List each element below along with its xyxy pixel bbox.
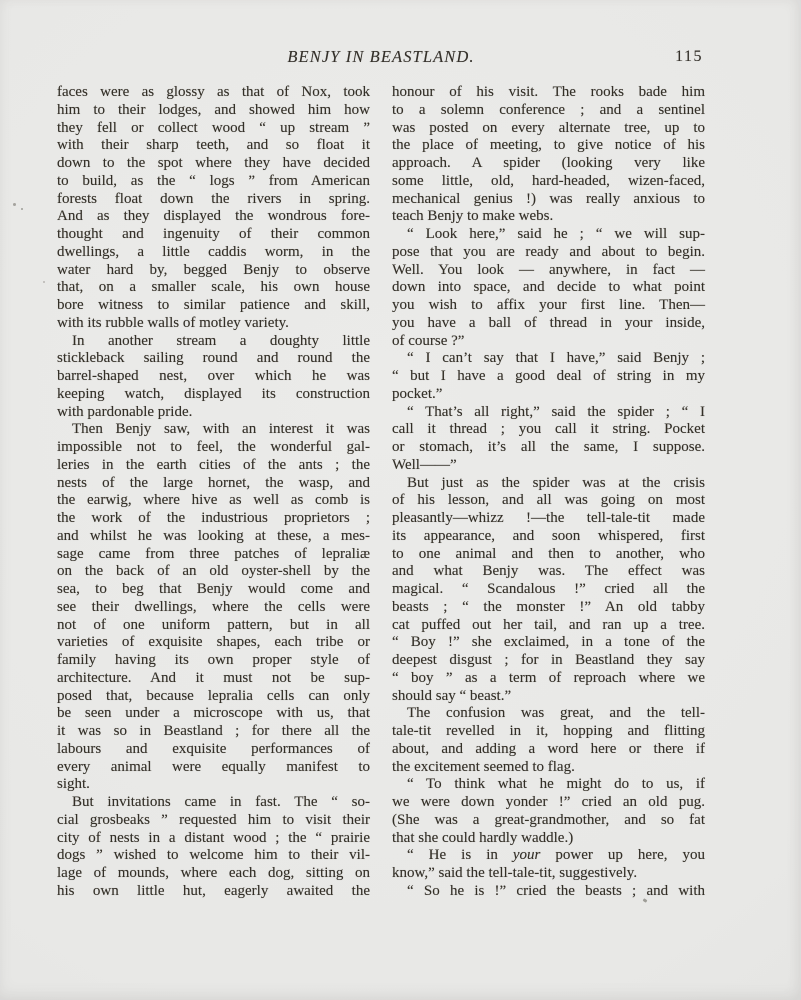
- text-line: down to the spot where they have decided: [57, 155, 370, 173]
- text-line: “ That’s all right,” said the spider ; “…: [392, 404, 705, 422]
- text-line: the excitement seemed to flag.: [392, 759, 705, 777]
- paragraph: “ Look here,” said he ; “ we will sup-po…: [392, 226, 705, 350]
- text-line: his own little hut, eagerly awaited the: [57, 883, 370, 901]
- text-line: And as they displayed the wondrous fore-: [57, 208, 370, 226]
- text-line: (She was a great-grandmother, and so fat: [392, 812, 705, 830]
- text-line: barrel-shaped nest, over which he was: [57, 368, 370, 386]
- ink-speck: [13, 203, 16, 206]
- text-line: beasts ; “ the monster !” An old tabby: [392, 599, 705, 617]
- text-block: faces were as glossy as that of Nox, too…: [57, 84, 705, 901]
- paragraph: faces were as glossy as that of Nox, too…: [57, 84, 370, 333]
- text-line: to build, as the “ logs ” from American: [57, 173, 370, 191]
- text-line: know,” said the tell-tale-tit, suggestiv…: [392, 865, 705, 883]
- text-line: on the back of an old oyster-shell by th…: [57, 563, 370, 581]
- text-line: “ but I have a good deal of string in my: [392, 368, 705, 386]
- text-line: honour of his visit. The rooks bade him: [392, 84, 705, 102]
- text-line: of his lesson, and all was going on most: [392, 492, 705, 510]
- text-line: should say “ beast.”: [392, 688, 705, 706]
- text-line: dwellings, a little caddis worm, in the: [57, 244, 370, 262]
- text-line: “ boy ” as a term of reproach where we: [392, 670, 705, 688]
- text-line: we were down yonder !” cried an old pug.: [392, 794, 705, 812]
- text-line: labours and exquisite performances of: [57, 741, 370, 759]
- left-column: faces were as glossy as that of Nox, too…: [57, 84, 370, 901]
- text-line: But invitations came in fast. The “ so-: [57, 794, 370, 812]
- text-line: you have a ball of thread in your inside…: [392, 315, 705, 333]
- paragraph: But just as the spider was at the crisis…: [392, 475, 705, 706]
- text-line: about, and adding a word here or there i…: [392, 741, 705, 759]
- text-line: sight.: [57, 776, 370, 794]
- running-head: BENJY IN BEASTLAND. 115: [57, 47, 705, 69]
- text-line: pocket.”: [392, 386, 705, 404]
- text-line: magical. “ Scandalous !” cried all the: [392, 581, 705, 599]
- paragraph: Then Benjy saw, with an interest it wasi…: [57, 421, 370, 794]
- text-line: him to their lodges, and showed him how: [57, 102, 370, 120]
- book-page: BENJY IN BEASTLAND. 115 faces were as gl…: [0, 0, 801, 1000]
- text-line: keeping watch, displayed its constructio…: [57, 386, 370, 404]
- text-line: that she could hardly waddle.): [392, 830, 705, 848]
- text-line: “ So he is !” cried the beasts ; and wit…: [392, 883, 705, 901]
- text-line: to one animal and then to another, who: [392, 546, 705, 564]
- text-line: and what Benjy was. The effect was: [392, 563, 705, 581]
- text-line: cat puffed out her tail, and ran up a tr…: [392, 617, 705, 635]
- paragraph: The confusion was great, and the tell-ta…: [392, 705, 705, 776]
- text-line: with their sharp teeth, and so float it: [57, 137, 370, 155]
- text-line: of course ?”: [392, 333, 705, 351]
- text-line: not of one uniform pattern, but in all: [57, 617, 370, 635]
- text-line: sage came from three patches of lepraliæ: [57, 546, 370, 564]
- text-line: call it thread ; you call it string. Poc…: [392, 421, 705, 439]
- text-line: they fell or collect wood “ up stream ”: [57, 120, 370, 138]
- text-line: the work of the industrious proprietors …: [57, 510, 370, 528]
- text-line: some little, old, hard-headed, wizen-fac…: [392, 173, 705, 191]
- text-line: In another stream a doughty little: [57, 333, 370, 351]
- text-line: architecture. And it must not be sup-: [57, 670, 370, 688]
- paragraph: “ He is in your power up here, youknow,”…: [392, 847, 705, 883]
- text-line: sea, to beg that Benjy would come and: [57, 581, 370, 599]
- text-line: forests float down the rivers in spring.: [57, 191, 370, 209]
- text-line: nests of the large hornet, the wasp, and: [57, 475, 370, 493]
- text-line: The confusion was great, and the tell-: [392, 705, 705, 723]
- text-line: approach. A spider (looking very like: [392, 155, 705, 173]
- text-line: family having its own proper style of: [57, 652, 370, 670]
- text-line: city of nests in a distant wood ; the “ …: [57, 830, 370, 848]
- page-number: 115: [675, 48, 703, 66]
- text-line: “ I can’t say that I have,” said Benjy ;: [392, 350, 705, 368]
- text-line: bore witness to similar patience and ski…: [57, 297, 370, 315]
- text-line: leries in the earth cities of the ants ;…: [57, 457, 370, 475]
- text-line: you wish to affix your first line. Then—: [392, 297, 705, 315]
- paragraph: “ To think what he might do to us, ifwe …: [392, 776, 705, 847]
- text-line: “ To think what he might do to us, if: [392, 776, 705, 794]
- text-line: see their dwellings, where the cells wer…: [57, 599, 370, 617]
- text-line: down into space, and decide to what poin…: [392, 279, 705, 297]
- text-line: cial grosbeaks ” requested him to visit …: [57, 812, 370, 830]
- text-line: every animal were equally manifest to: [57, 759, 370, 777]
- text-line: “ He is in your power up here, you: [392, 847, 705, 865]
- text-line: faces were as glossy as that of Nox, too…: [57, 84, 370, 102]
- text-line: dogs ” wished to welcome him to their vi…: [57, 847, 370, 865]
- chapter-running-title: BENJY IN BEASTLAND.: [57, 47, 705, 67]
- paragraph: “ That’s all right,” said the spider ; “…: [392, 404, 705, 475]
- text-line: and whilst he was looking at these, a me…: [57, 528, 370, 546]
- ink-speck: [21, 208, 23, 210]
- text-line: tale-tit revelled in it, hopping and fli…: [392, 723, 705, 741]
- text-line: “ Boy !” she exclaimed, in a tone of the: [392, 634, 705, 652]
- text-line: Well——”: [392, 457, 705, 475]
- text-line: to a solemn conference ; and a sentinel: [392, 102, 705, 120]
- paragraph: “ So he is !” cried the beasts ; and wit…: [392, 883, 705, 901]
- text-line: the earwig, where hive as well as comb i…: [57, 492, 370, 510]
- text-line: stickleback sailing round and round the: [57, 350, 370, 368]
- text-line: posed that, because lepralia cells can o…: [57, 688, 370, 706]
- ink-speck: [43, 281, 45, 283]
- paragraph: honour of his visit. The rooks bade himt…: [392, 84, 705, 226]
- text-line: varieties of exquisite shapes, each trib…: [57, 634, 370, 652]
- text-line: or stomach, it’s all the same, I suppose…: [392, 439, 705, 457]
- text-line: lage of mounds, where each dog, sitting …: [57, 865, 370, 883]
- text-line: was posted on every alternate tree, up t…: [392, 120, 705, 138]
- text-line: “ Look here,” said he ; “ we will sup-: [392, 226, 705, 244]
- paragraph: In another stream a doughty littlestickl…: [57, 333, 370, 422]
- paragraph: But invitations came in fast. The “ so-c…: [57, 794, 370, 901]
- text-line: Then Benjy saw, with an interest it was: [57, 421, 370, 439]
- right-column: honour of his visit. The rooks bade himt…: [392, 84, 705, 901]
- paragraph: “ I can’t say that I have,” said Benjy ;…: [392, 350, 705, 403]
- text-line: it was so in Beastland ; for there all t…: [57, 723, 370, 741]
- text-line: deepest disgust ; for in Beastland they …: [392, 652, 705, 670]
- text-line: But just as the spider was at the crisis: [392, 475, 705, 493]
- text-line: thought and ingenuity of their common: [57, 226, 370, 244]
- text-line: Well. You look — anywhere, in fact —: [392, 262, 705, 280]
- text-line: impossible not to feel, the wonderful ga…: [57, 439, 370, 457]
- text-line: be seen under a microscope with us, that: [57, 705, 370, 723]
- text-line: mechanical genius !) was really anxious …: [392, 191, 705, 209]
- text-line: pleasantly—whizz !—the tell-tale-tit mad…: [392, 510, 705, 528]
- text-line: its appearance, and soon whispered, firs…: [392, 528, 705, 546]
- text-line: that, on a smaller scale, his own house: [57, 279, 370, 297]
- text-line: the place of meeting, to give notice of …: [392, 137, 705, 155]
- text-line: pose that you are ready and about to beg…: [392, 244, 705, 262]
- text-line: teach Benjy to make webs.: [392, 208, 705, 226]
- text-line: with its rubble walls of motley variety.: [57, 315, 370, 333]
- text-line: water hard by, begged Benjy to observe: [57, 262, 370, 280]
- text-line: with pardonable pride.: [57, 404, 370, 422]
